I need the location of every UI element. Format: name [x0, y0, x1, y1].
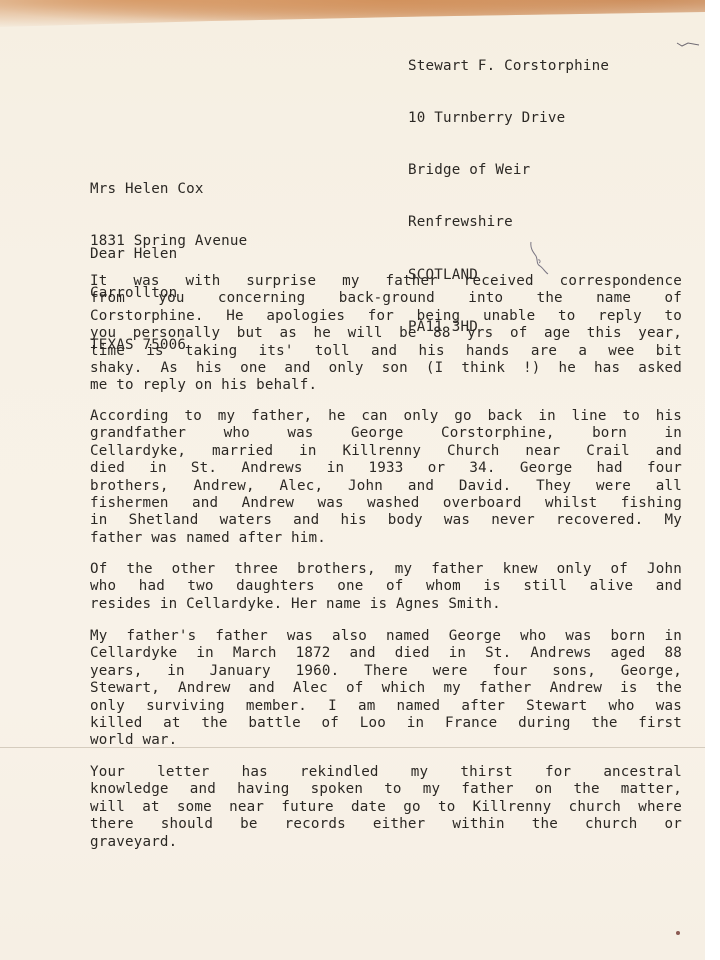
paragraph-5: Your letter has rekindled my thirst for …	[90, 764, 682, 851]
ink-spot-icon	[676, 931, 680, 935]
sender-county: Renfrewshire	[408, 214, 609, 231]
letter-line: brothers, Andrew, Alec, John and David. …	[90, 478, 682, 495]
letter-line: Corstorphine. He apologies for being una…	[90, 308, 682, 325]
sender-town: Bridge of Weir	[408, 162, 609, 179]
paragraph-3: Of the other three brothers, my father k…	[90, 561, 682, 613]
sender-street: 10 Turnberry Drive	[408, 110, 609, 127]
paragraph-4: My father's father was also named George…	[90, 628, 682, 750]
letter-line: who had two daughters one of whom is sti…	[90, 578, 682, 595]
letter-line: According to my father, he can only go b…	[90, 408, 682, 425]
letter-line: grandfather who was George Corstorphine,…	[90, 425, 682, 442]
letter-line: father was named after him.	[90, 530, 682, 547]
letter-line: will at some near future date go to Kill…	[90, 799, 682, 816]
paragraph-1: It was with surprise my father received …	[90, 273, 682, 395]
letter-line: graveyard.	[90, 834, 682, 851]
pencil-tick-mark-icon	[676, 40, 700, 48]
letter-line: only surviving member. I am named after …	[90, 698, 682, 715]
sender-name: Stewart F. Corstorphine	[408, 58, 609, 75]
letter-line: killed at the battle of Loo in France du…	[90, 715, 682, 732]
letter-line: Your letter has rekindled my thirst for …	[90, 764, 682, 781]
letter-line: from you concerning back-ground into the…	[90, 290, 682, 307]
letter-line: My father's father was also named George…	[90, 628, 682, 645]
recipient-name: Mrs Helen Cox	[90, 181, 247, 198]
letter-line: you personally but as he will be 88 yrs …	[90, 325, 682, 342]
letter-paper: Stewart F. Corstorphine 10 Turnberry Dri…	[0, 0, 705, 960]
letter-line: in Shetland waters and his body was neve…	[90, 512, 682, 529]
letter-line: Stewart, Andrew and Alec of which my fat…	[90, 680, 682, 697]
letter-line: years, in January 1960. There were four …	[90, 663, 682, 680]
letter-line: there should be records either within th…	[90, 816, 682, 833]
salutation: Dear Helen	[90, 246, 177, 263]
letter-line: fishermen and Andrew was washed overboar…	[90, 495, 682, 512]
letter-line: time is taking its' toll and his hands a…	[90, 343, 682, 360]
letter-line: world war.	[90, 732, 682, 749]
letter-line: Of the other three brothers, my father k…	[90, 561, 682, 578]
letter-line: Cellardyke in March 1872 and died in St.…	[90, 645, 682, 662]
letter-line: Cellardyke, married in Killrenny Church …	[90, 443, 682, 460]
letter-line: shaky. As his one and only son (I think …	[90, 360, 682, 377]
letter-line: resides in Cellardyke. Her name is Agnes…	[90, 596, 682, 613]
paragraph-2: According to my father, he can only go b…	[90, 408, 682, 547]
letter-line: It was with surprise my father received …	[90, 273, 682, 290]
letter-line: me to reply on his behalf.	[90, 377, 682, 394]
letter-line: died in St. Andrews in 1933 or 34. Georg…	[90, 460, 682, 477]
letter-line: knowledge and having spoken to my father…	[90, 781, 682, 798]
